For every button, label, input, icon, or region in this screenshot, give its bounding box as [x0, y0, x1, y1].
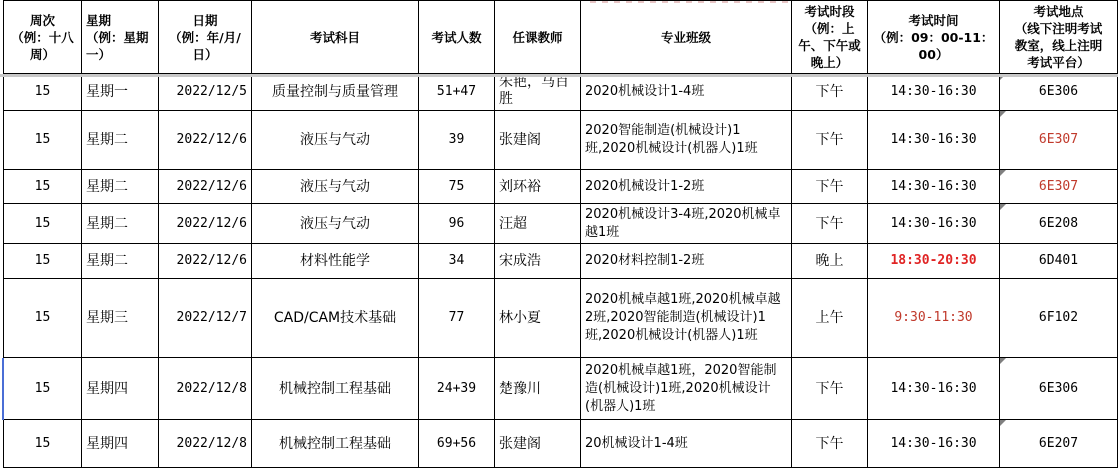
cell-week[interactable]: 15: [4, 204, 82, 244]
cell-location[interactable]: 6E306: [1000, 74, 1118, 111]
cell-subject[interactable]: CAD/CAM技术基础: [252, 279, 419, 358]
cell-week[interactable]: 15: [4, 74, 82, 111]
cell-count[interactable]: 34: [419, 244, 495, 279]
cell-classes[interactable]: 2020机械设计3-4班,2020机械卓越1班: [581, 204, 792, 244]
cell-week[interactable]: 15: [4, 358, 82, 420]
cell-classes[interactable]: 2020机械卓越1班,2020机械卓越2班,2020智能制造(机械设计)1班,2…: [581, 279, 792, 358]
cell-count[interactable]: 96: [419, 204, 495, 244]
cell-period[interactable]: 下午: [792, 74, 868, 111]
cell-location[interactable]: 6E306: [1000, 358, 1118, 420]
cell-weekday[interactable]: 星期二: [82, 204, 159, 244]
cell-date[interactable]: 2022/12/5: [159, 74, 252, 111]
cell-time[interactable]: 14:30-16:30: [868, 204, 1000, 244]
cell-weekday[interactable]: 星期四: [82, 358, 159, 420]
cell-date[interactable]: 2022/12/6: [159, 204, 252, 244]
cell-count[interactable]: 24+39: [419, 358, 495, 420]
cell-time[interactable]: 14:30-16:30: [868, 170, 1000, 204]
table-row: 15星期四2022/12/8机械控制工程基础24+39楚豫川2020机械卓越1班…: [4, 358, 1118, 420]
table-row: 15星期四2022/12/8机械控制工程基础69+56张建阁20机械设计1-4班…: [4, 420, 1118, 468]
cell-count[interactable]: 69+56: [419, 420, 495, 468]
cell-time[interactable]: 14:30-16:30: [868, 111, 1000, 170]
cell-location[interactable]: 6E307: [1000, 111, 1118, 170]
cell-period[interactable]: 下午: [792, 170, 868, 204]
cell-date[interactable]: 2022/12/8: [159, 358, 252, 420]
cell-weekday[interactable]: 星期二: [82, 244, 159, 279]
cell-weekday[interactable]: 星期三: [82, 279, 159, 358]
cell-subject[interactable]: 液压与气动: [252, 204, 419, 244]
cell-subject[interactable]: 材料性能学: [252, 244, 419, 279]
cell-week[interactable]: 15: [4, 279, 82, 358]
table-row: 15星期一2022/12/5质量控制与质量管理51+47朱艳，马百胜2020机械…: [4, 74, 1118, 111]
cell-teacher[interactable]: 宋成浩: [495, 244, 581, 279]
cell-week[interactable]: 15: [4, 170, 82, 204]
header-row: 周次 （例：十八 周）星期 （例：星期 一）日期 （例：年/月/ 日）考试科目考…: [4, 1, 1118, 74]
cell-classes[interactable]: 2020智能制造(机械设计)1班,2020机械设计(机器人)1班: [581, 111, 792, 170]
column-header-classes[interactable]: 专业班级: [581, 1, 792, 74]
cell-count[interactable]: 51+47: [419, 74, 495, 111]
column-header-week[interactable]: 周次 （例：十八 周）: [4, 1, 82, 74]
cell-period[interactable]: 下午: [792, 111, 868, 170]
cell-weekday[interactable]: 星期四: [82, 420, 159, 468]
cell-teacher[interactable]: 张建阁: [495, 111, 581, 170]
cell-period[interactable]: 下午: [792, 358, 868, 420]
cell-week[interactable]: 15: [4, 244, 82, 279]
cell-teacher[interactable]: 刘环裕: [495, 170, 581, 204]
cell-teacher[interactable]: 张建阁: [495, 420, 581, 468]
cell-location[interactable]: 6E307: [1000, 170, 1118, 204]
cell-period[interactable]: 上午: [792, 279, 868, 358]
cell-time[interactable]: 9:30-11:30: [868, 279, 1000, 358]
cell-location[interactable]: 6E207: [1000, 420, 1118, 468]
cell-location[interactable]: 6D401: [1000, 244, 1118, 279]
column-header-location[interactable]: 考试地点 （线下注明考试 教室，线上注明 考试平台）: [1000, 1, 1118, 74]
cell-teacher[interactable]: 林小夏: [495, 279, 581, 358]
column-header-weekday[interactable]: 星期 （例：星期 一）: [82, 1, 159, 74]
cell-time[interactable]: 18:30-20:30: [868, 244, 1000, 279]
exam-schedule-table: 周次 （例：十八 周）星期 （例：星期 一）日期 （例：年/月/ 日）考试科目考…: [3, 0, 1118, 468]
exam-schedule-sheet: 周次 （例：十八 周）星期 （例：星期 一）日期 （例：年/月/ 日）考试科目考…: [3, 0, 1118, 468]
cell-count[interactable]: 39: [419, 111, 495, 170]
cell-classes[interactable]: 20机械设计1-4班: [581, 420, 792, 468]
cell-date[interactable]: 2022/12/6: [159, 244, 252, 279]
table-row: 15星期二2022/12/6液压与气动96汪超2020机械设计3-4班,2020…: [4, 204, 1118, 244]
column-header-count[interactable]: 考试人数: [419, 1, 495, 74]
cell-weekday[interactable]: 星期二: [82, 111, 159, 170]
cell-subject[interactable]: 液压与气动: [252, 170, 419, 204]
cell-subject[interactable]: 机械控制工程基础: [252, 358, 419, 420]
cell-subject[interactable]: 机械控制工程基础: [252, 420, 419, 468]
cell-count[interactable]: 75: [419, 170, 495, 204]
cell-teacher[interactable]: 朱艳，马百胜: [495, 74, 581, 111]
cell-subject[interactable]: 液压与气动: [252, 111, 419, 170]
cell-date[interactable]: 2022/12/8: [159, 420, 252, 468]
table-row: 15星期二2022/12/6液压与气动75刘环裕2020机械设计1-2班下午14…: [4, 170, 1118, 204]
cell-classes[interactable]: 2020机械卓越1班，2020智能制造(机械设计)1班,2020机械设计(机器人…: [581, 358, 792, 420]
column-header-date[interactable]: 日期 （例：年/月/ 日）: [159, 1, 252, 74]
freeze-pane-divider[interactable]: [0, 74, 1118, 77]
cell-weekday[interactable]: 星期二: [82, 170, 159, 204]
cell-week[interactable]: 15: [4, 420, 82, 468]
cell-date[interactable]: 2022/12/7: [159, 279, 252, 358]
cell-subject[interactable]: 质量控制与质量管理: [252, 74, 419, 111]
cell-time[interactable]: 14:30-16:30: [868, 420, 1000, 468]
cell-period[interactable]: 下午: [792, 204, 868, 244]
row-selection-indicator: [2, 358, 4, 420]
cell-teacher[interactable]: 汪超: [495, 204, 581, 244]
cell-week[interactable]: 15: [4, 111, 82, 170]
cell-classes[interactable]: 2020机械设计1-2班: [581, 170, 792, 204]
table-row: 15星期二2022/12/6液压与气动39张建阁2020智能制造(机械设计)1班…: [4, 111, 1118, 170]
column-header-time[interactable]: 考试时间 （例：09：00-11： 00）: [868, 1, 1000, 74]
cell-period[interactable]: 晚上: [792, 244, 868, 279]
column-header-subject[interactable]: 考试科目: [252, 1, 419, 74]
cell-time[interactable]: 14:30-16:30: [868, 74, 1000, 111]
cell-time[interactable]: 14:30-16:30: [868, 358, 1000, 420]
cell-weekday[interactable]: 星期一: [82, 74, 159, 111]
cell-location[interactable]: 6F102: [1000, 279, 1118, 358]
cell-date[interactable]: 2022/12/6: [159, 170, 252, 204]
cell-date[interactable]: 2022/12/6: [159, 111, 252, 170]
cell-teacher[interactable]: 楚豫川: [495, 358, 581, 420]
column-header-teacher[interactable]: 任课教师: [495, 1, 581, 74]
table-row: 15星期二2022/12/6材料性能学34宋成浩2020材料控制1-2班晚上18…: [4, 244, 1118, 279]
table-row: 15星期三2022/12/7CAD/CAM技术基础77林小夏2020机械卓越1班…: [4, 279, 1118, 358]
column-header-period[interactable]: 考试时段 （例：上 午、下午或 晚上）: [792, 1, 868, 74]
cell-classes[interactable]: 2020机械设计1-4班: [581, 74, 792, 111]
cell-period[interactable]: 下午: [792, 420, 868, 468]
cell-classes[interactable]: 2020材料控制1-2班: [581, 244, 792, 279]
cell-count[interactable]: 77: [419, 279, 495, 358]
cell-location[interactable]: 6E208: [1000, 204, 1118, 244]
